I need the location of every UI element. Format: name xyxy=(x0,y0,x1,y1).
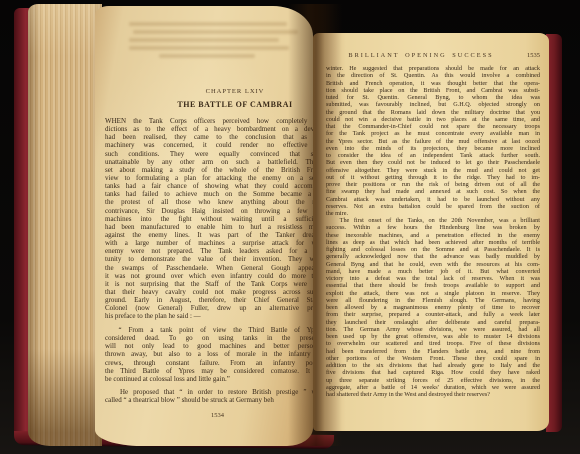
text-line: mand, have made a much better job of it.… xyxy=(326,268,540,275)
text-line: generally acknowledged now that the adva… xyxy=(326,253,540,260)
text-line: called “ a theatrical blow ” should be s… xyxy=(105,396,313,404)
left-paragraph-1: WHEN the Tank Corps officers perceived h… xyxy=(105,117,313,321)
text-line: tion should take place on the British Fr… xyxy=(326,87,540,94)
left-paragraph-2: He proposed that “ in order to restore B… xyxy=(105,388,313,404)
text-line: other portions of the Western Front. The… xyxy=(326,355,540,362)
text-line: the Third Battle of Ypres may be conside… xyxy=(105,367,313,375)
text-line: had been transferred from the Flanders b… xyxy=(326,348,540,355)
text-line: Cambrai attack was undertaken, it had to… xyxy=(326,196,540,203)
text-line: prove their positions or run the risk of… xyxy=(326,181,540,188)
text-line: up three separate striking forces of 25 … xyxy=(326,377,540,384)
text-line: the swamps of Passchendaele. When Genera… xyxy=(105,264,313,272)
ghost-line xyxy=(129,46,289,50)
text-line: out of it without getting through it to … xyxy=(326,174,540,181)
page-stack-fore-edge xyxy=(28,4,102,446)
ghost-line xyxy=(159,54,255,58)
text-line: The first onset of the Tanks, on the 20t… xyxy=(326,217,540,224)
text-line: the ground that the Romans laid down the… xyxy=(326,109,540,116)
show-through-text xyxy=(129,22,301,62)
text-line: thrown away, but also to a loss of moral… xyxy=(105,350,313,358)
text-line: from their surprise, prepared a counter-… xyxy=(326,311,540,318)
right-page-number: 1535 xyxy=(527,52,540,59)
text-line: tion. The German Army whose divisions, w… xyxy=(326,326,540,333)
text-line: set about making a study of the whole of… xyxy=(105,166,313,174)
text-line: had been realised, they came to the conc… xyxy=(105,133,313,141)
text-line: British and French operation, it was tho… xyxy=(326,80,540,87)
left-page: CHAPTER LXIV THE BATTLE OF CAMBRAI WHEN … xyxy=(95,6,313,446)
text-line: WHEN the Tank Corps officers perceived h… xyxy=(105,117,313,125)
text-line: five divisions that had captured Riga. H… xyxy=(326,369,540,376)
text-line: been allowed by a magnanimous enemy plen… xyxy=(326,304,540,311)
right-paragraph-2: The first onset of the Tanks, on the 20t… xyxy=(326,217,540,398)
text-line: that the Commander-in-Chief could not sp… xyxy=(326,123,540,130)
text-line: winter. He suggested that preparations s… xyxy=(326,65,540,72)
text-line: fine swamp they had made and annexed at … xyxy=(326,188,540,195)
text-line: But even then they could not be induced … xyxy=(326,159,540,166)
text-line: the Ypres sector. But as the failure of … xyxy=(326,138,540,145)
text-line: such conditions. They were equally convi… xyxy=(105,150,313,158)
text-line: they launched their onslaught after deli… xyxy=(326,319,540,326)
text-line: contrivance, Sir Douglas Haig insisted o… xyxy=(105,207,313,215)
text-line: tunity to demonstrate the value of their… xyxy=(105,255,313,263)
text-line: “ From a tank point of view the Third Ba… xyxy=(105,326,313,334)
text-line: enemy were not prepared. The Tank leader… xyxy=(105,247,313,255)
text-line: tanks had failed to achieve much on the … xyxy=(105,190,313,198)
text-line: aggregate, after a battle of 14 weeks' d… xyxy=(326,384,540,391)
text-line: reserves. Not an extra battalion could b… xyxy=(326,203,540,210)
photo-background: CHAPTER LXIV THE BATTLE OF CAMBRAI WHEN … xyxy=(0,0,580,454)
text-line: essential that there should be fresh tro… xyxy=(326,282,540,289)
right-paragraph-1: winter. He suggested that preparations s… xyxy=(326,65,540,217)
text-line: against the enemy lines. It was part of … xyxy=(105,231,313,239)
text-line: General Byng and that he could, even wit… xyxy=(326,261,540,268)
text-line: unattainable by any other arm on such a … xyxy=(105,158,313,166)
text-line: with a large number of machines a surpri… xyxy=(105,239,313,247)
text-line: been used up by the great offensive, was… xyxy=(326,333,540,340)
text-line: the protest of all those who knew anythi… xyxy=(105,198,313,206)
text-line: machinery was concerned, it could render… xyxy=(105,141,313,149)
text-line: exploit the attack, there was not a sing… xyxy=(326,290,540,297)
text-line: his preface to the plan he said : — xyxy=(105,312,313,320)
chapter-title: THE BATTLE OF CAMBRAI xyxy=(105,100,313,109)
text-line: for the Tank project as he must concentr… xyxy=(326,130,540,137)
text-line: tuted for St. Quentin. General Byng, to … xyxy=(326,94,540,101)
text-line: in the direction of St. Quentin. As this… xyxy=(326,72,540,79)
text-line: to overwhelm our scattered and tired tro… xyxy=(326,340,540,347)
text-line: fighting and colossal losses on the Somm… xyxy=(326,246,540,253)
running-header: BRILLIANT OPENING SUCCESS xyxy=(326,52,516,59)
text-line: He proposed that “ in order to restore B… xyxy=(105,388,313,396)
chapter-heading: CHAPTER LXIV xyxy=(105,88,313,95)
ghost-line xyxy=(129,38,279,42)
text-line: success. Within a few hours the Hindenbu… xyxy=(326,224,540,231)
right-page: BRILLIANT OPENING SUCCESS 1535 winter. H… xyxy=(313,33,549,431)
text-line: were all floundering in the Flemish slou… xyxy=(326,297,540,304)
text-line: had been manufactured to enable him to h… xyxy=(105,223,313,231)
text-line: it was not ground over which even infant… xyxy=(105,272,313,280)
text-line: these inexorable machines, and a penetra… xyxy=(326,232,540,239)
text-line: victory into a defeat was the total lack… xyxy=(326,275,540,282)
text-line: addition to the six divisions that had a… xyxy=(326,362,540,369)
text-line: Colonel (now General) Fuller, drew up an… xyxy=(105,304,313,312)
text-line: machines into the fight without waiting … xyxy=(105,215,313,223)
text-line: offensive altogether. They were stuck in… xyxy=(326,167,540,174)
text-line: tanks had a fair chance of showing what … xyxy=(105,182,313,190)
text-line: submitted, was favourably inclined, but … xyxy=(326,101,540,108)
text-line: view to formulating a plan for attacking… xyxy=(105,174,313,182)
text-line: could not win a decisive battle in two p… xyxy=(326,116,540,123)
text-line: be continued at colossal loss and little… xyxy=(105,375,313,383)
left-page-number: 1534 xyxy=(105,412,313,419)
text-line: lines as deep as that which had been ach… xyxy=(326,239,540,246)
text-line: it is not surprising that the Staff of t… xyxy=(105,280,313,288)
text-line: dictions as to the effect of a heavy bom… xyxy=(105,125,313,133)
ghost-line xyxy=(133,30,298,34)
running-header-row: BRILLIANT OPENING SUCCESS 1535 xyxy=(326,52,540,62)
text-line: will not only lead to good machines and … xyxy=(105,342,313,350)
text-line: had shattered their Army in the West and… xyxy=(326,391,540,398)
text-line: crews, through constant failure. From an… xyxy=(105,359,313,367)
text-line: even into the minds of its projectors, t… xyxy=(326,145,540,152)
left-quote-block: “ From a tank point of view the Third Ba… xyxy=(105,326,313,383)
ghost-line xyxy=(129,22,287,26)
text-line: to consider the idea of an independent T… xyxy=(326,152,540,159)
text-line: considered dead. To go on using tanks in… xyxy=(105,334,313,342)
text-line: that their heavy cavalry could not make … xyxy=(105,288,313,296)
text-line: ground. Early in August, therefore, thei… xyxy=(105,296,313,304)
